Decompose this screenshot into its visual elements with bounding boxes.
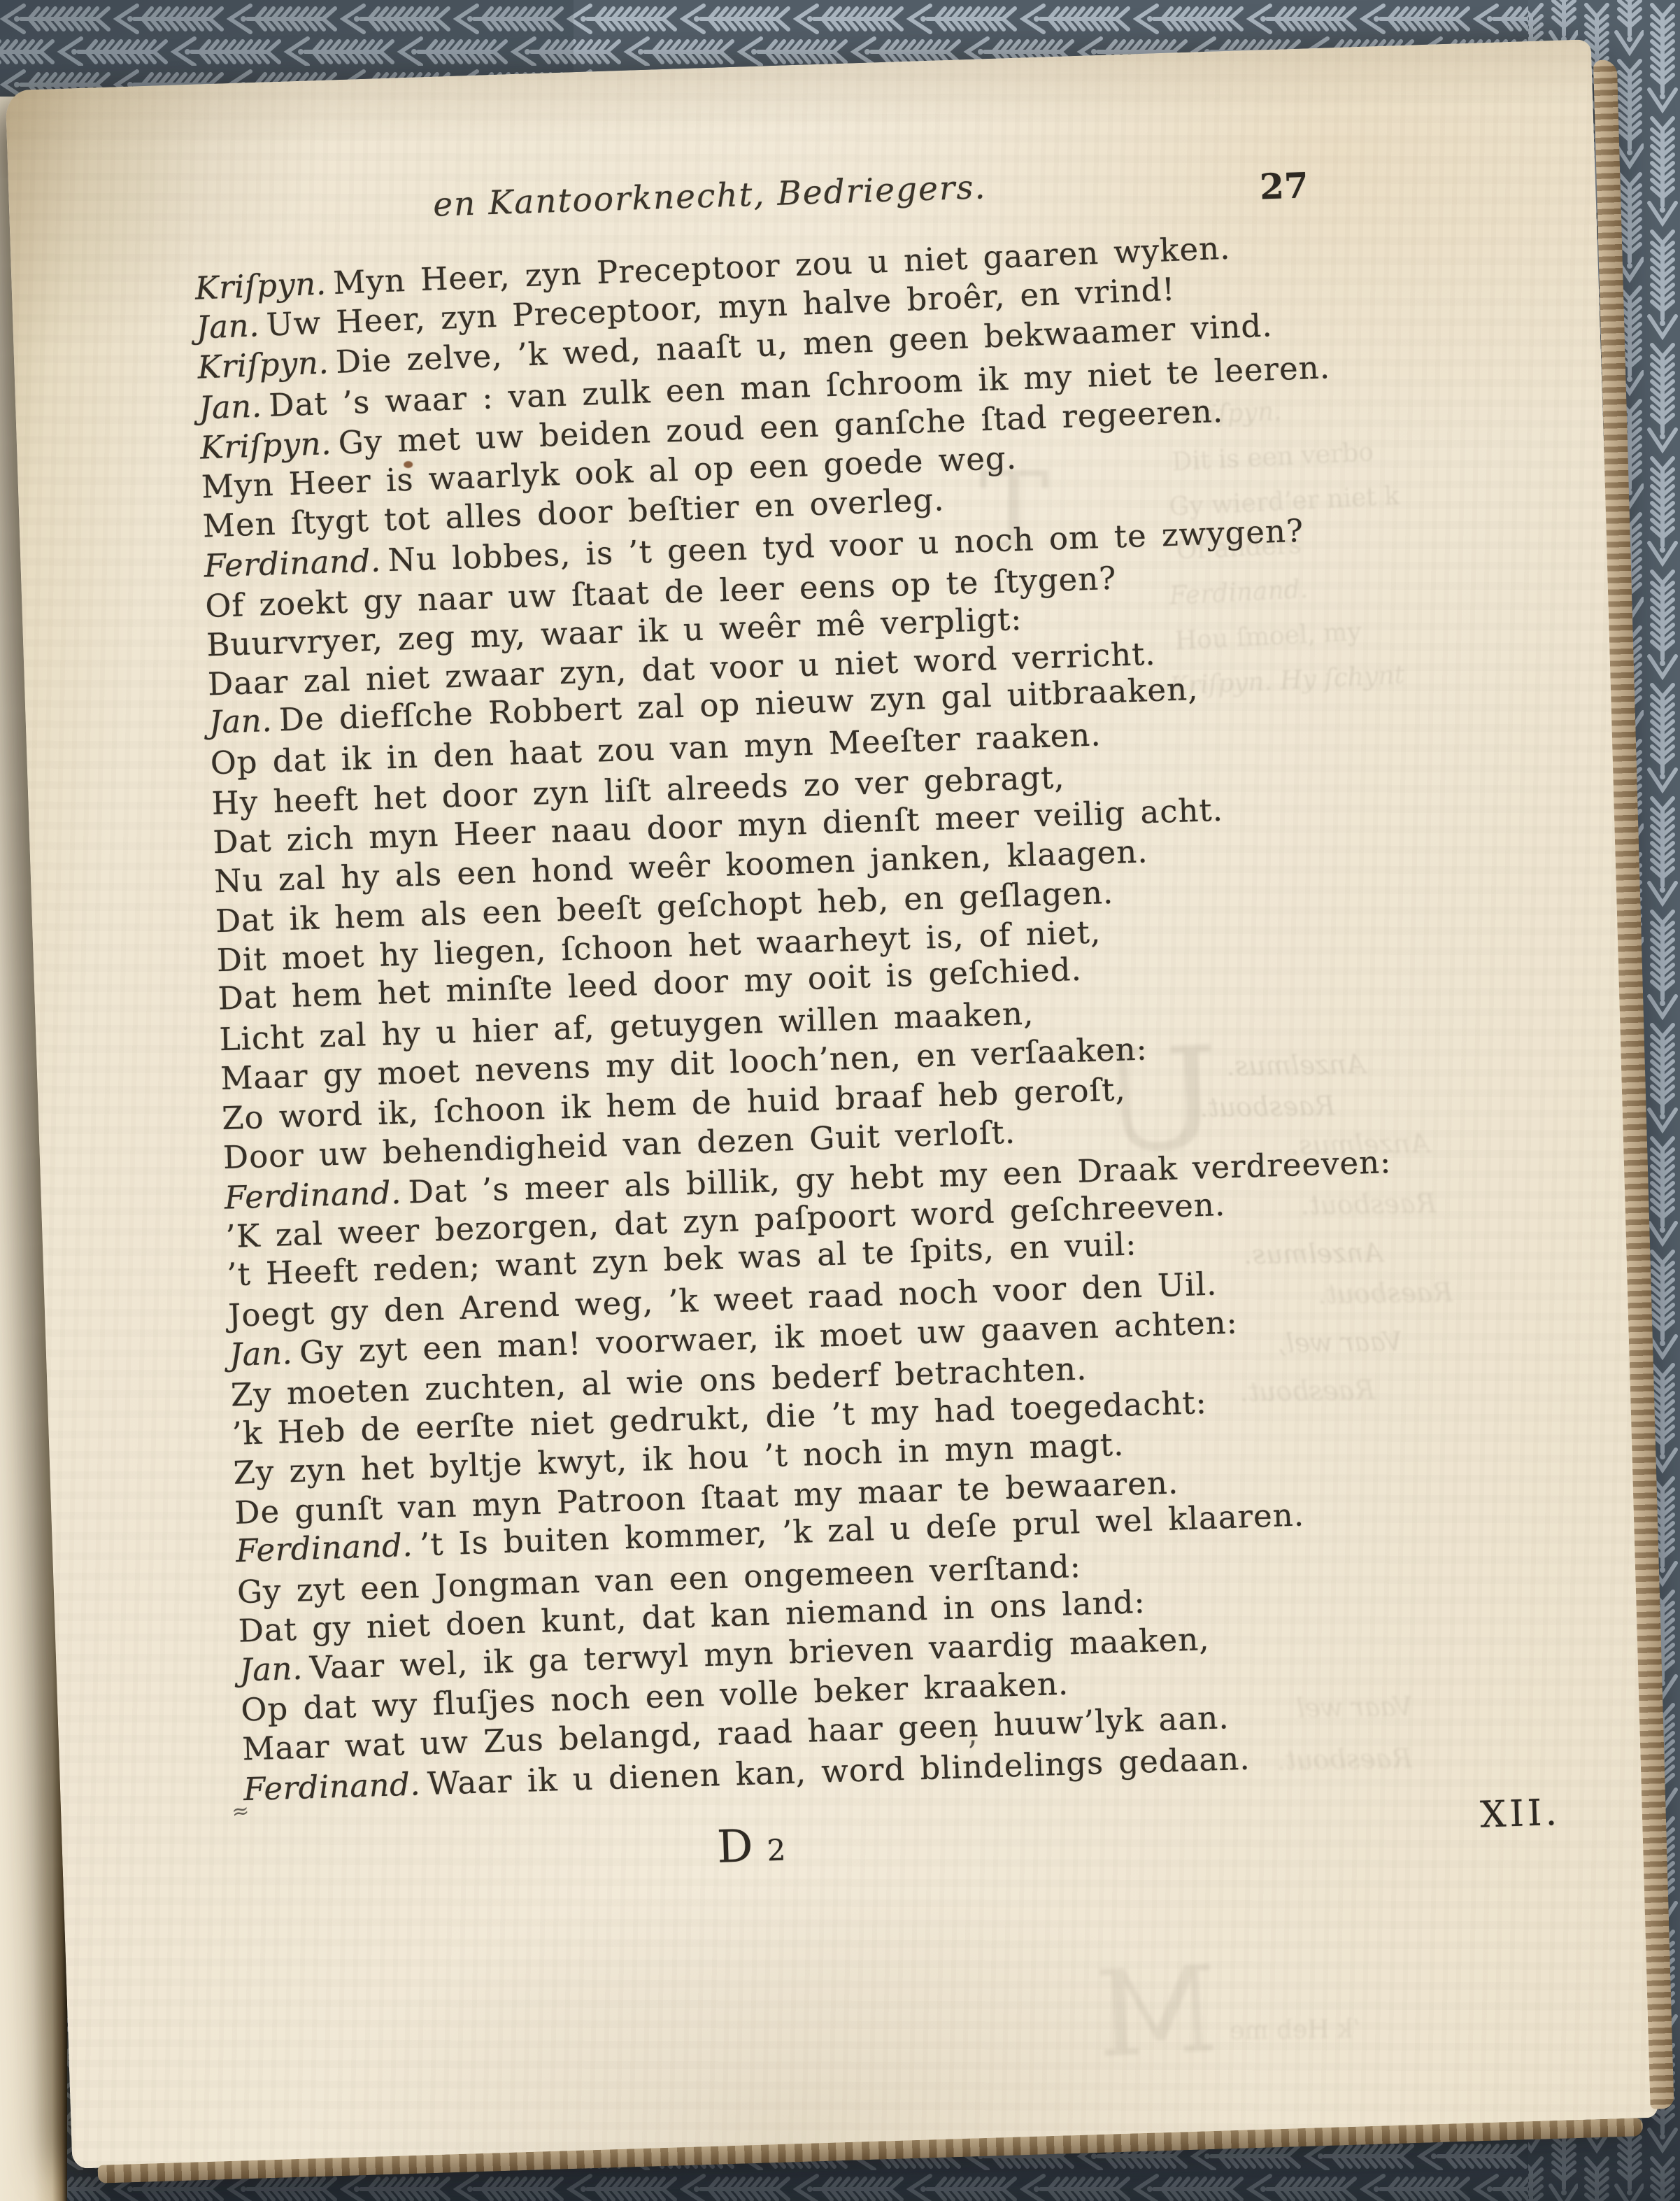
speaker-name: Kriſpyn. (197, 344, 336, 386)
showthrough-text: M (1092, 1940, 1221, 2084)
speaker-name: Jan. (196, 306, 267, 346)
speaker-name: Ferdinand. (224, 1174, 409, 1217)
page-content: TKriſpyn.Dit is een verboGy wierd’er nie… (6, 39, 1658, 2169)
photo-of-book-page: TKriſpyn.Dit is een verboGy wierd’er nie… (0, 0, 1680, 2201)
speaker-name: Kriſpyn. (194, 264, 334, 307)
signature-number: 2 (767, 1833, 786, 1868)
running-title: en Kantoorknecht, Bedriegers. (432, 168, 987, 225)
catchword: XII. (1479, 1792, 1561, 1836)
showthrough-text: ’k Heb me (1230, 2015, 1361, 2046)
page-number: 27 (1259, 164, 1309, 207)
signature-mark: D2 (716, 1820, 786, 1874)
speaker-name: Jan. (239, 1650, 311, 1689)
speaker-name: Jan. (229, 1334, 300, 1373)
book-page: TKriſpyn.Dit is een verboGy wierd’er nie… (6, 39, 1658, 2169)
speaker-name: Jan. (198, 387, 269, 427)
signature-letter: D (716, 1820, 754, 1874)
speaker-name: Jan. (208, 702, 280, 741)
speaker-name: Ferdinand. (235, 1526, 420, 1569)
speaker-name: Ferdinand. (204, 542, 389, 584)
speaker-name: Ferdinand. (243, 1765, 428, 1808)
pen-squiggle-mark: ≈ (230, 1798, 250, 1825)
speaker-name: Kriſpyn. (199, 424, 339, 466)
verse: Kriſpyn.Myn Heer, zyn Preceptoor zou u n… (194, 233, 1411, 1809)
